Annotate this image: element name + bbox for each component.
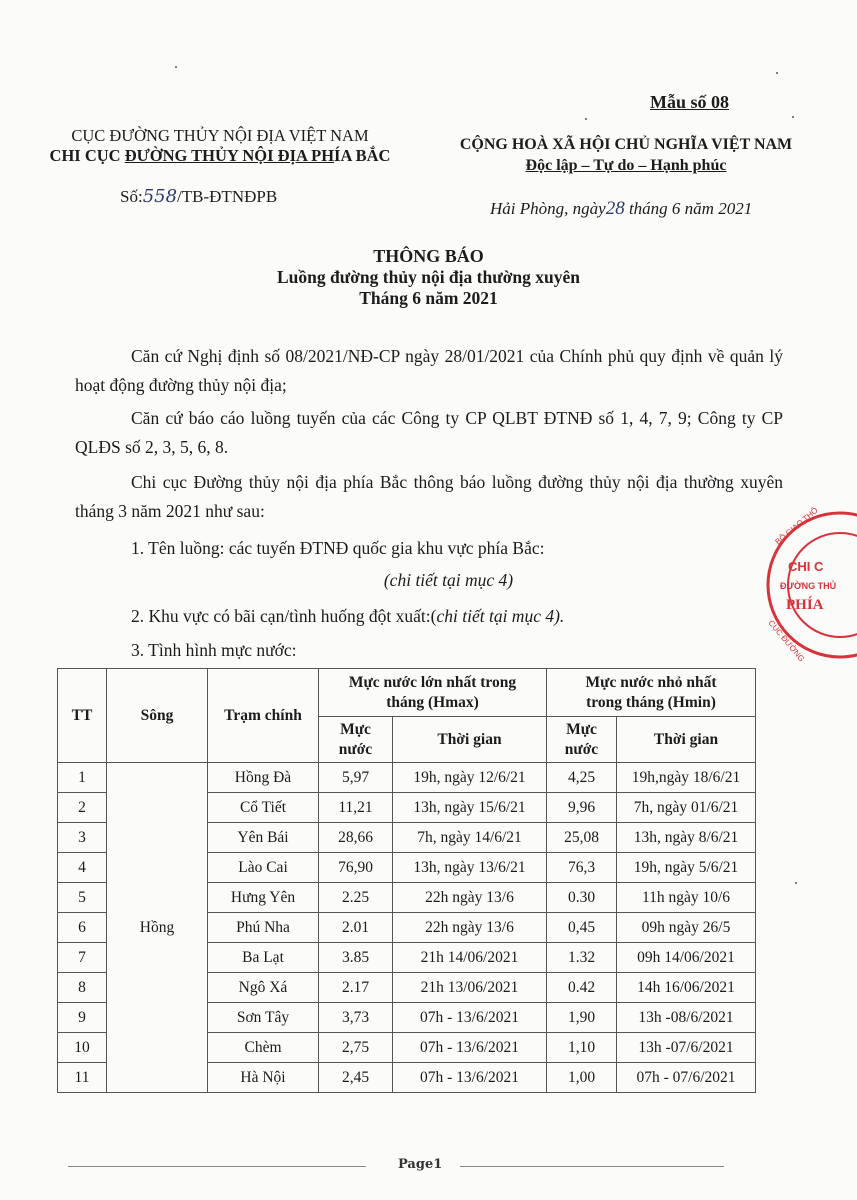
scan-speck (585, 118, 587, 120)
cell-hmin-level: 76,3 (547, 853, 617, 883)
agency-header: CỤC ĐƯỜNG THỦY NỘI ĐỊA VIỆT NAM CHI CỤC … (20, 126, 420, 166)
page-number: Page1 (398, 1157, 442, 1172)
cell-station: Sơn Tây (208, 1003, 319, 1033)
cell-tt: 4 (58, 853, 107, 883)
cell-hmin-level: 25,08 (547, 823, 617, 853)
paragraph-legal-basis: Căn cứ Nghị định số 08/2021/NĐ-CP ngày 2… (75, 342, 783, 400)
scan-speck (795, 882, 797, 884)
cell-hmin-level: 0,45 (547, 913, 617, 943)
cell-hmin-time: 19h, ngày 5/6/21 (617, 853, 756, 883)
place-date: Hải Phòng, ngày28 tháng 6 năm 2021 (490, 198, 752, 220)
svg-text:PHÍA: PHÍA (786, 596, 824, 613)
header-hmin: Mực nước nhỏ nhất trong tháng (Hmin) (547, 669, 756, 717)
cell-tt: 2 (58, 793, 107, 823)
agency-name: CHI CỤC ĐƯỜNG THỦY NỘI ĐỊA PHÍA BẮC (20, 146, 420, 166)
cell-hmin-time: 13h, ngày 8/6/21 (617, 823, 756, 853)
cell-tt: 8 (58, 973, 107, 1003)
cell-hmax-time: 21h 13/06/2021 (393, 973, 547, 1003)
cell-station: Phú Nha (208, 913, 319, 943)
cell-hmax-level: 2.01 (319, 913, 393, 943)
cell-hmin-time: 11h ngày 10/6 (617, 883, 756, 913)
cell-hmin-time: 09h 14/06/2021 (617, 943, 756, 973)
cell-hmax-time: 13h, ngày 13/6/21 (393, 853, 547, 883)
handwritten-number: 558 (143, 186, 177, 207)
agency-parent: CỤC ĐƯỜNG THỦY NỘI ĐỊA VIỆT NAM (20, 126, 420, 146)
table-row: 1HồngHồng Đà5,9719h, ngày 12/6/214,2519h… (58, 763, 756, 793)
document-title: THÔNG BÁO Luồng đường thủy nội địa thườn… (0, 246, 857, 309)
national-header: CỘNG HOÀ XÃ HỘI CHỦ NGHĨA VIỆT NAM Độc l… (416, 134, 836, 176)
cell-tt: 3 (58, 823, 107, 853)
cell-hmax-level: 2,75 (319, 1033, 393, 1063)
title-line-2: Luồng đường thủy nội địa thường xuyên (0, 267, 857, 288)
cell-river: Hồng (107, 763, 208, 1093)
cell-hmin-level: 4,25 (547, 763, 617, 793)
cell-station: Ba Lạt (208, 943, 319, 973)
cell-tt: 9 (58, 1003, 107, 1033)
handwritten-day: 28 (606, 198, 625, 219)
official-stamp-icon: CHI C ĐƯỜNG THỦ PHÍA BỘ GIAO THÔ CỤC ĐƯỜ… (760, 505, 857, 665)
cell-tt: 11 (58, 1063, 107, 1093)
form-number: Mẫu số 08 (650, 92, 729, 113)
cell-station: Hồng Đà (208, 763, 319, 793)
cell-hmin-level: 9,96 (547, 793, 617, 823)
nation-name: CỘNG HOÀ XÃ HỘI CHỦ NGHĨA VIỆT NAM (416, 134, 836, 155)
header-hmax: Mực nước lớn nhất trong tháng (Hmax) (319, 669, 547, 717)
cell-hmin-time: 7h, ngày 01/6/21 (617, 793, 756, 823)
scan-speck (792, 116, 794, 118)
nation-motto: Độc lập – Tự do – Hạnh phúc (416, 155, 836, 176)
item-2: 2. Khu vực có bãi cạn/tình huống đột xuấ… (131, 606, 564, 627)
cell-station: Lào Cai (208, 853, 319, 883)
footer-rule-right (460, 1166, 724, 1167)
cell-hmin-time: 07h - 07/6/2021 (617, 1063, 756, 1093)
header-hmin-level: Mực nước (547, 717, 617, 763)
cell-hmin-time: 09h ngày 26/5 (617, 913, 756, 943)
cell-station: Hà Nội (208, 1063, 319, 1093)
cell-tt: 1 (58, 763, 107, 793)
cell-hmin-level: 1,90 (547, 1003, 617, 1033)
item-1: 1. Tên luồng: các tuyến ĐTNĐ quốc gia kh… (131, 538, 545, 559)
water-level-table: TT Sông Trạm chính Mực nước lớn nhất tro… (57, 668, 756, 1093)
cell-hmax-level: 2,45 (319, 1063, 393, 1093)
cell-hmax-time: 22h ngày 13/6 (393, 913, 547, 943)
cell-tt: 10 (58, 1033, 107, 1063)
header-station: Trạm chính (208, 669, 319, 763)
header-hmin-time: Thời gian (617, 717, 756, 763)
cell-hmax-level: 76,90 (319, 853, 393, 883)
header-hmax-time: Thời gian (393, 717, 547, 763)
cell-hmax-time: 22h ngày 13/6 (393, 883, 547, 913)
cell-hmax-level: 28,66 (319, 823, 393, 853)
cell-station: Yên Bái (208, 823, 319, 853)
cell-hmax-level: 2.17 (319, 973, 393, 1003)
cell-hmax-time: 21h 14/06/2021 (393, 943, 547, 973)
cell-hmin-time: 14h 16/06/2021 (617, 973, 756, 1003)
cell-station: Cổ Tiết (208, 793, 319, 823)
item-3: 3. Tình hình mực nước: (131, 640, 296, 661)
paragraph-announcement: Chi cục Đường thủy nội địa phía Bắc thôn… (75, 468, 783, 526)
header-river: Sông (107, 669, 208, 763)
cell-hmax-time: 07h - 13/6/2021 (393, 1033, 547, 1063)
scan-speck (175, 66, 177, 68)
cell-tt: 6 (58, 913, 107, 943)
scan-speck (776, 72, 778, 74)
item-1-detail: (chi tiết tại mục 4) (0, 570, 857, 591)
title-line-1: THÔNG BÁO (0, 246, 857, 267)
cell-hmax-level: 2.25 (319, 883, 393, 913)
cell-hmax-level: 3,73 (319, 1003, 393, 1033)
cell-tt: 7 (58, 943, 107, 973)
cell-hmax-time: 13h, ngày 15/6/21 (393, 793, 547, 823)
cell-hmax-level: 5,97 (319, 763, 393, 793)
svg-text:CỤC ĐƯỜNG: CỤC ĐƯỜNG (766, 619, 806, 664)
footer-rule-left (68, 1166, 366, 1167)
cell-hmax-time: 07h - 13/6/2021 (393, 1003, 547, 1033)
svg-text:CHI C: CHI C (788, 559, 824, 574)
title-line-3: Tháng 6 năm 2021 (0, 288, 857, 309)
cell-tt: 5 (58, 883, 107, 913)
header-tt: TT (58, 669, 107, 763)
cell-hmax-level: 11,21 (319, 793, 393, 823)
header-hmax-level: Mực nước (319, 717, 393, 763)
cell-hmin-time: 13h -07/6/2021 (617, 1033, 756, 1063)
cell-hmax-level: 3.85 (319, 943, 393, 973)
paragraph-reports: Căn cứ báo cáo luồng tuyến của các Công … (75, 404, 783, 462)
cell-hmin-level: 1,10 (547, 1033, 617, 1063)
cell-hmin-level: 0.30 (547, 883, 617, 913)
cell-station: Hưng Yên (208, 883, 319, 913)
cell-station: Chèm (208, 1033, 319, 1063)
cell-hmin-time: 19h,ngày 18/6/21 (617, 763, 756, 793)
cell-hmax-time: 7h, ngày 14/6/21 (393, 823, 547, 853)
cell-hmax-time: 07h - 13/6/2021 (393, 1063, 547, 1093)
cell-hmin-level: 0.42 (547, 973, 617, 1003)
cell-hmax-time: 19h, ngày 12/6/21 (393, 763, 547, 793)
cell-hmin-level: 1.32 (547, 943, 617, 973)
cell-station: Ngô Xá (208, 973, 319, 1003)
document-number: Số:558/TB-ĐTNĐPB (120, 186, 277, 207)
cell-hmin-time: 13h -08/6/2021 (617, 1003, 756, 1033)
cell-hmin-level: 1,00 (547, 1063, 617, 1093)
svg-text:ĐƯỜNG THỦ: ĐƯỜNG THỦ (780, 580, 836, 591)
